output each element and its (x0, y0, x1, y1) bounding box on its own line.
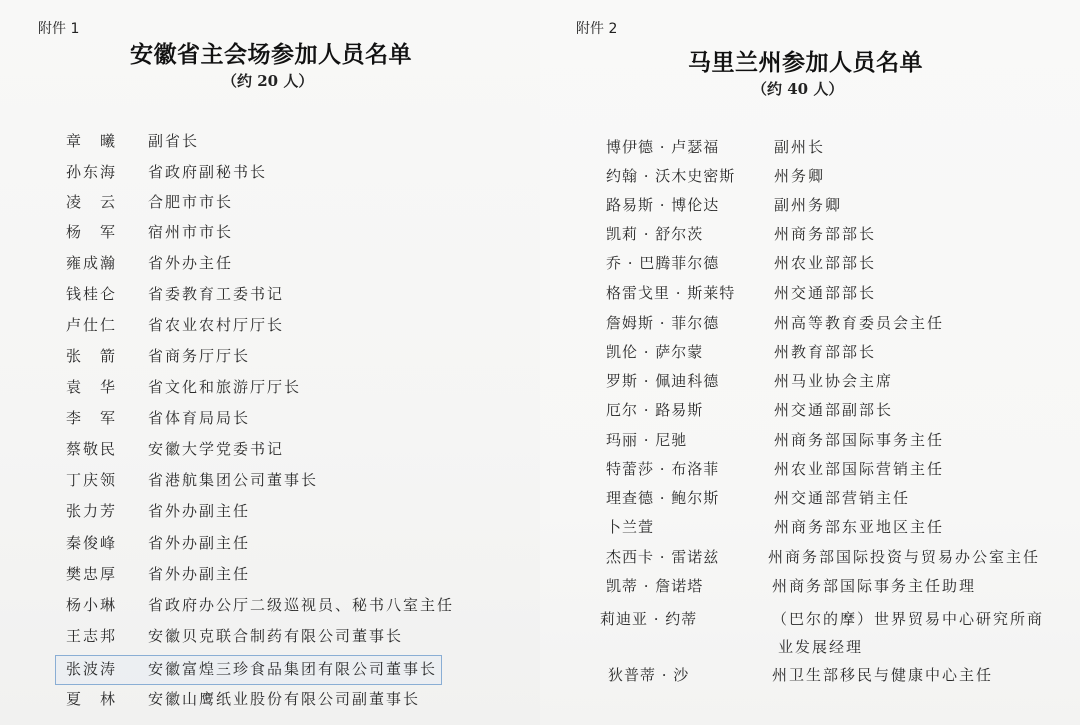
attachment-label: 附件 1 (38, 18, 79, 38)
member-name: 约翰 · 沃木史密斯 (606, 163, 735, 189)
member-name: 博伊德 · 卢瑟福 (606, 134, 719, 160)
member-name: 蔡敬民 (66, 436, 117, 462)
member-name: 孙东海 (66, 159, 117, 185)
member-name: 杨 军 (66, 219, 117, 245)
member-role: 州务卿 (774, 163, 825, 189)
member-role: 州教育部部长 (774, 339, 876, 365)
member-role: 宿州市市长 (148, 219, 233, 245)
member-role: 州农业部国际营销主任 (774, 456, 944, 482)
member-role: 州卫生部移民与健康中心主任 (772, 662, 993, 688)
member-role: 州商务部国际投资与贸易办公室主任 (768, 544, 1040, 570)
member-role: 副省长 (148, 128, 199, 154)
member-role: 安徽富煌三珍食品集团有限公司董事长 (148, 656, 437, 682)
member-role: 州马业协会主席 (774, 368, 893, 394)
page-title: 马里兰州参加人员名单 (688, 44, 923, 77)
page-subtitle: （约 40 人） (752, 78, 843, 99)
left-page-attachment-1: 附件 1 安徽省主会场参加人员名单 （约 20 人） 章 曦副省长 孙东海省政府… (0, 0, 540, 725)
member-name: 钱桂仑 (66, 281, 117, 307)
member-role: 安徽大学党委书记 (148, 436, 284, 462)
member-name: 格雷戈里 · 斯莱特 (606, 280, 735, 306)
member-role: 省农业农村厅厅长 (148, 312, 284, 338)
member-name: 厄尔 · 路易斯 (606, 397, 703, 423)
member-name: 杰西卡 · 雷诺兹 (606, 544, 719, 570)
member-name: 凯莉 · 舒尔茨 (606, 221, 703, 247)
member-name: 凯伦 · 萨尔蒙 (606, 339, 703, 365)
member-role: 州交通部营销主任 (774, 485, 910, 511)
member-name: 王志邦 (66, 623, 117, 649)
member-name: 理查德 · 鲍尔斯 (606, 485, 719, 511)
member-role: 省政府副秘书长 (148, 159, 267, 185)
member-role: 合肥市市长 (148, 189, 233, 215)
right-page-attachment-2: 附件 2 马里兰州参加人员名单 （约 40 人） 博伊德 · 卢瑟福副州长 约翰… (540, 0, 1080, 725)
member-name: 秦俊峰 (66, 530, 117, 556)
member-role: 州商务部国际事务主任助理 (772, 573, 976, 599)
member-name: 卜兰萱 (606, 514, 654, 540)
page-subtitle: （约 20 人） (222, 70, 313, 91)
member-role: 州商务部国际事务主任 (774, 427, 944, 453)
member-role: 省外办副主任 (148, 530, 250, 556)
member-role: 州交通部副部长 (774, 397, 893, 423)
page-title: 安徽省主会场参加人员名单 (130, 36, 412, 69)
member-name: 张波涛 (66, 656, 117, 682)
member-role: 省外办主任 (148, 250, 233, 276)
member-name: 玛丽 · 尼驰 (606, 427, 687, 453)
member-name: 樊忠厚 (66, 561, 117, 587)
member-name: 凌 云 (66, 189, 117, 215)
member-role: 州交通部部长 (774, 280, 876, 306)
member-role: 安徽贝克联合制药有限公司董事长 (148, 623, 403, 649)
member-name: 张 箭 (66, 343, 117, 369)
member-role-continuation: 业发展经理 (778, 634, 863, 660)
member-name: 李 军 (66, 405, 117, 431)
member-role: 省商务厅厅长 (148, 343, 250, 369)
member-name: 卢仕仁 (66, 312, 117, 338)
member-name: 詹姆斯 · 菲尔德 (606, 310, 719, 336)
member-role: 省体育局局长 (148, 405, 250, 431)
member-name: 章 曦 (66, 128, 117, 154)
member-role: （巴尔的摩）世界贸易中心研究所商 (772, 606, 1044, 632)
member-role: 省外办副主任 (148, 561, 250, 587)
member-name: 雍成瀚 (66, 250, 117, 276)
member-role: 州农业部部长 (774, 250, 876, 276)
member-role: 副州长 (774, 134, 825, 160)
member-name: 狄普蒂 · 沙 (608, 662, 689, 688)
member-role: 州商务部东亚地区主任 (774, 514, 944, 540)
member-name: 袁 华 (66, 374, 117, 400)
member-name: 路易斯 · 博伦达 (606, 192, 719, 218)
member-name: 乔 · 巴腾菲尔德 (606, 250, 719, 276)
member-name: 张力芳 (66, 498, 117, 524)
member-name: 特蕾莎 · 布洛菲 (606, 456, 719, 482)
member-name: 丁庆领 (66, 467, 117, 493)
member-name: 夏 林 (66, 686, 117, 712)
member-role: 省文化和旅游厅厅长 (148, 374, 301, 400)
member-role: 省港航集团公司董事长 (148, 467, 318, 493)
member-role: 副州务卿 (774, 192, 842, 218)
member-name: 凯蒂 · 詹诺塔 (606, 573, 703, 599)
member-name: 莉迪亚 · 约蒂 (600, 606, 697, 632)
member-name: 罗斯 · 佩迪科德 (606, 368, 719, 394)
member-role: 省政府办公厅二级巡视员、秘书八室主任 (148, 592, 454, 618)
member-name: 杨小琳 (66, 592, 117, 618)
member-role: 省外办副主任 (148, 498, 250, 524)
member-role: 安徽山鹰纸业股份有限公司副董事长 (148, 686, 420, 712)
member-role: 州商务部部长 (774, 221, 876, 247)
member-role: 省委教育工委书记 (148, 281, 284, 307)
member-role: 州高等教育委员会主任 (774, 310, 944, 336)
attachment-label: 附件 2 (576, 18, 617, 38)
